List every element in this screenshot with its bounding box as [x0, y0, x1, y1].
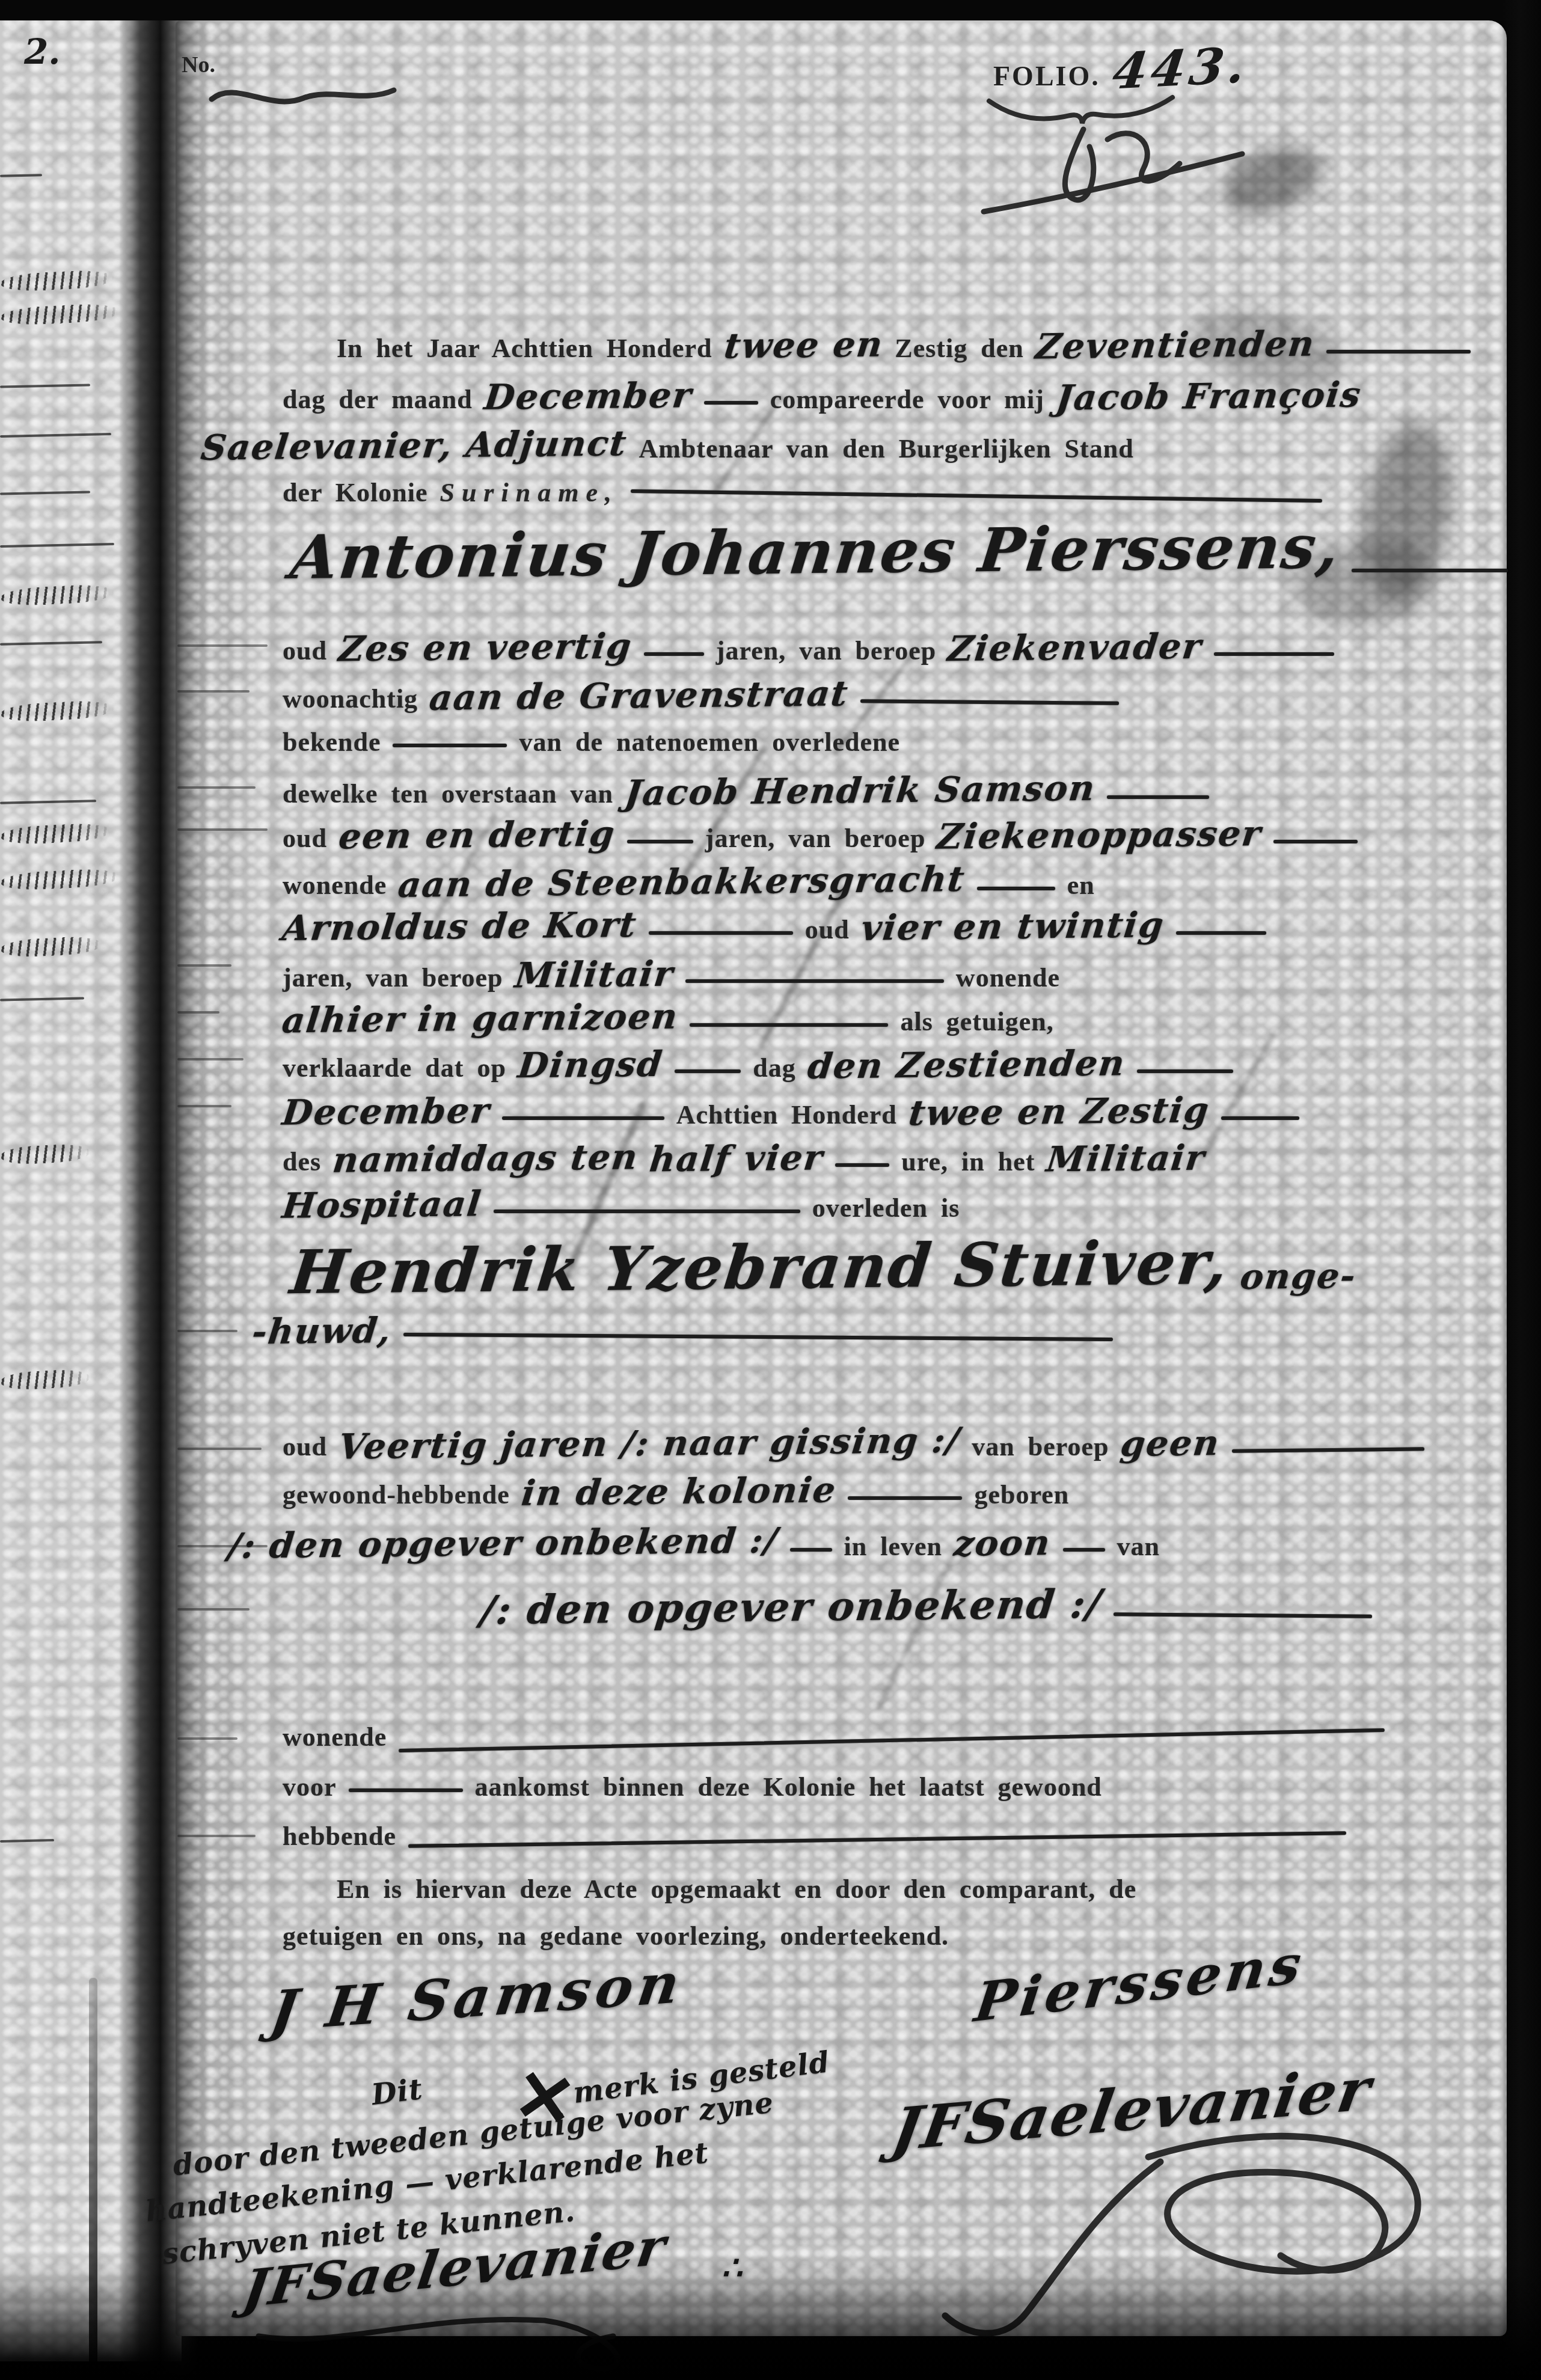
handwritten-text: Zes en veertig	[337, 628, 634, 666]
printed-text: als getuigen,	[900, 1007, 1053, 1036]
act-line: /: den opgever onbekend :/in levenzoonva…	[228, 1526, 1160, 1561]
folio-label: FOLIO.	[993, 60, 1100, 92]
printed-text: wonende	[283, 870, 387, 900]
folio-number: 443.	[1109, 36, 1252, 101]
fill-rule	[1232, 1448, 1424, 1453]
leader-dash	[177, 1330, 237, 1332]
printed-text: dag	[753, 1053, 795, 1083]
act-line: /: den opgever onbekend :/	[481, 1587, 1372, 1627]
leader-dash	[177, 1011, 219, 1014]
handwritten-text: Antonius Johannes Pierssens,	[287, 516, 1343, 587]
act-line: getuigen en ons, na gedane voorlezing, o…	[283, 1921, 949, 1951]
handwritten-text: Hendrik Yzebrand Stuiver,	[287, 1232, 1232, 1302]
printed-text: Zestig den	[895, 334, 1023, 363]
printed-text: voor	[283, 1772, 337, 1802]
act-line: alhier in garnizoenals getuigen,	[283, 1001, 1054, 1036]
printed-text: van	[1117, 1532, 1160, 1561]
leader-dash	[177, 1608, 250, 1611]
handwritten-text: Saelevanier, Adjunct	[199, 426, 629, 465]
fill-rule	[403, 1333, 1113, 1341]
printed-text: gewoond-hebbende	[283, 1480, 510, 1510]
leader-dash	[177, 1105, 231, 1107]
act-line: wonende	[283, 1722, 1385, 1752]
handwritten-text: twee en Zestig	[907, 1092, 1211, 1130]
scanned-death-act: 2. No. FOLIO. 443. In het Jaar Achttien …	[0, 0, 1541, 2380]
leader-dash	[177, 1448, 262, 1450]
printed-text: Suriname,	[440, 478, 619, 507]
fill-rule	[1137, 1069, 1233, 1073]
printed-text: compareerde voor mij	[770, 385, 1044, 414]
act-line: desnamiddags tenhalf vierure, in hetMili…	[283, 1141, 1206, 1176]
act-line: oudZes en veertigjaren, van beroepZieken…	[283, 630, 1334, 665]
fill-rule	[631, 489, 1322, 503]
fill-rule	[399, 1728, 1385, 1752]
fill-rule	[649, 931, 793, 935]
printed-text: oud	[283, 1432, 327, 1461]
printed-text: dewelke ten overstaan van	[283, 779, 613, 809]
fill-rule	[1063, 1548, 1105, 1552]
handwritten-text: Ziekenvader	[946, 629, 1204, 666]
handwritten-text: een en dertig	[337, 816, 617, 854]
printed-text: bekende	[283, 727, 381, 757]
handwritten-text: Ziekenoppasser	[936, 816, 1264, 854]
fill-rule	[408, 1831, 1346, 1848]
handwritten-text: geen	[1119, 1425, 1222, 1461]
printed-text: dag der maand	[283, 385, 473, 414]
handwritten-text: Jacob Hendrik Samson	[623, 771, 1097, 810]
fill-rule	[393, 744, 507, 747]
fill-rule	[1352, 569, 1508, 572]
handwritten-text: Militair	[1045, 1140, 1207, 1177]
act-line: verklaarde dat opDingsddagden Zestienden	[283, 1047, 1233, 1083]
binding-gutter	[119, 0, 198, 2380]
handwritten-text: Veertig jaren /: naar gissing :/	[337, 1423, 962, 1464]
printed-text: ure, in het	[901, 1147, 1035, 1176]
printed-text: hebbende	[283, 1822, 396, 1851]
fill-rule	[704, 401, 758, 405]
fill-rule	[685, 979, 944, 983]
fill-rule	[1221, 1116, 1299, 1120]
act-line: dewelke ten overstaan vanJacob Hendrik S…	[283, 773, 1209, 809]
fill-rule	[675, 1069, 741, 1073]
handwritten-text: aan de Gravenstraat	[427, 676, 850, 715]
fill-rule	[1114, 1612, 1372, 1618]
fill-rule	[860, 699, 1119, 705]
printed-text: Ambtenaar van den Burgerlijken Stand	[639, 434, 1133, 463]
handwritten-text: in deze kolonie	[519, 1472, 838, 1510]
fill-rule	[977, 887, 1055, 890]
act-line: Hendrik Yzebrand Stuiver,onge-	[292, 1237, 1356, 1297]
act-line: DecemberAchttien Honderdtwee en Zestig	[283, 1094, 1299, 1130]
printed-text: verklaarde dat op	[283, 1053, 506, 1083]
printed-text: In het Jaar Achttien Honderd	[337, 334, 712, 363]
act-line: woonachtigaan de Gravenstraat	[283, 678, 1119, 714]
folio-header: FOLIO. 443.	[993, 40, 1248, 97]
scan-frame-top	[0, 0, 1541, 20]
handwritten-text: -huwd,	[251, 1313, 394, 1349]
handwritten-text: Hospitaal	[281, 1186, 484, 1223]
scan-frame-right	[1502, 0, 1541, 2380]
leader-dash	[177, 1835, 256, 1837]
fill-rule	[627, 840, 693, 843]
act-line: -huwd,	[253, 1314, 1113, 1348]
act-line: Antonius Johannes Pierssens,	[292, 522, 1508, 582]
printed-text: aankomst binnen deze Kolonie het laatst …	[475, 1772, 1102, 1802]
handwritten-text: /: den opgever onbekend :/	[226, 1523, 780, 1564]
printed-text: jaren, van beroep	[283, 963, 503, 993]
handwritten-text: Dingsd	[516, 1047, 664, 1083]
handwritten-text: alhier in garnizoen	[280, 999, 680, 1038]
no-label: No.	[182, 52, 215, 78]
scan-frame-bottom	[0, 2262, 1541, 2380]
fill-rule	[494, 1210, 800, 1213]
leader-dash	[177, 1058, 244, 1060]
act-line: der KolonieSuriname,	[283, 478, 1322, 507]
act-line: vooraankomst binnen deze Kolonie het laa…	[283, 1772, 1102, 1802]
attestation-note-line: Dit	[370, 2072, 424, 2112]
printed-text: Achttien Honderd	[676, 1100, 897, 1130]
act-line: bekendevan de natenoemen overledene	[283, 727, 900, 757]
act-line: In het Jaar Achttien Honderdtwee enZesti…	[337, 328, 1471, 363]
fill-rule	[502, 1116, 664, 1120]
handwritten-text: den Zestienden	[806, 1045, 1127, 1084]
printed-text: wonende	[283, 1722, 387, 1752]
act-line: jaren, van beroepMilitairwonende	[283, 957, 1060, 993]
fill-rule	[835, 1163, 889, 1167]
leader-dash	[177, 1737, 237, 1740]
act-line: hebbende	[283, 1822, 1346, 1851]
handwritten-text: Jacob François	[1054, 377, 1363, 415]
handwritten-text: namiddags ten	[331, 1139, 640, 1177]
handwritten-text: /: den opgever onbekend :/	[479, 1584, 1104, 1630]
act-line: oudeen en dertigjaren, van beroepZiekeno…	[283, 818, 1358, 853]
handwritten-text: Arnoldus de Kort	[280, 907, 639, 946]
printed-text: oud	[283, 636, 327, 665]
leader-dash	[177, 828, 268, 831]
act-line: Saelevanier, AdjunctAmbtenaar van den Bu…	[201, 428, 1134, 463]
printed-text: der Kolonie	[283, 478, 427, 507]
printed-text: van de natenoemen overledene	[519, 727, 900, 757]
printed-text: in leven	[844, 1532, 942, 1561]
printed-text: jaren, van beroep	[705, 824, 926, 853]
handwritten-text: half vier	[648, 1140, 826, 1176]
act-line: En is hiervan deze Acte opgemaakt en doo…	[337, 1874, 1136, 1904]
fill-rule	[1176, 931, 1266, 935]
handwritten-text: Militair	[513, 956, 675, 993]
printed-text: oud	[283, 824, 327, 853]
printed-text: jaren, van beroep	[716, 636, 937, 665]
act-line: gewoond-hebbendein deze koloniegeboren	[283, 1474, 1069, 1510]
fill-rule	[1273, 840, 1358, 843]
leader-dash	[177, 644, 268, 647]
handwritten-text: aan de Steenbakkersgracht	[396, 861, 967, 902]
fill-rule	[1214, 652, 1334, 656]
previous-page-number: 2.	[24, 31, 61, 72]
printed-text: van beroep	[972, 1432, 1109, 1461]
printed-text: oud	[805, 915, 850, 944]
fill-rule	[349, 1788, 463, 1792]
handwritten-text: vier en twintig	[859, 907, 1166, 945]
act-line: wonendeaan de Steenbakkersgrachten	[283, 864, 1095, 900]
handwritten-text: December	[482, 378, 694, 415]
printed-text: En is hiervan deze Acte opgemaakt en doo…	[337, 1874, 1136, 1904]
leader-dash	[177, 964, 231, 967]
handwritten-text: December	[281, 1093, 492, 1130]
act-line: Arnoldus de Kortoudvier en twintig	[283, 909, 1266, 944]
printed-text: en	[1067, 870, 1095, 900]
fill-rule	[790, 1548, 832, 1552]
handwritten-text: Zeventienden	[1034, 326, 1317, 364]
fill-rule	[644, 652, 704, 656]
fill-rule	[848, 1496, 962, 1500]
leader-dash	[177, 786, 256, 789]
printed-text: wonende	[956, 963, 1060, 993]
handwritten-text: twee en	[722, 327, 885, 364]
fill-rule	[1107, 795, 1209, 799]
handwritten-text: onge-	[1239, 1258, 1358, 1294]
fill-rule	[690, 1023, 888, 1027]
act-line: oudVeertig jaren /: naar gissing :/van b…	[283, 1426, 1424, 1461]
printed-text: getuigen en ons, na gedane voorlezing, o…	[283, 1921, 949, 1951]
printed-text: overleden is	[812, 1193, 960, 1223]
act-line: Hospitaaloverleden is	[283, 1187, 960, 1223]
printed-text: des	[283, 1147, 321, 1176]
leader-dash	[177, 690, 250, 693]
fill-rule	[1326, 350, 1471, 353]
act-line: dag der maandDecembercompareerde voor mi…	[283, 379, 1361, 414]
printed-text: geboren	[974, 1480, 1069, 1510]
printed-text: woonachtig	[283, 684, 418, 714]
handwritten-text: zoon	[952, 1525, 1053, 1561]
